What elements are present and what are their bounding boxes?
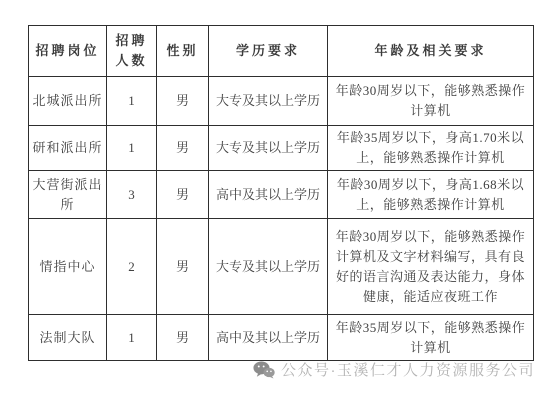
header-position: 招聘岗位 xyxy=(29,26,107,77)
cell-requirements: 年龄35周岁以下，能够熟悉操作计算机 xyxy=(328,315,534,361)
cell-count: 3 xyxy=(107,171,157,219)
cell-gender: 男 xyxy=(157,126,209,171)
header-gender: 性别 xyxy=(157,26,209,77)
cell-position: 大营街派出所 xyxy=(29,171,107,219)
cell-education: 大专及其以上学历 xyxy=(209,126,328,171)
cell-position: 研和派出所 xyxy=(29,126,107,171)
cell-requirements: 年龄35周岁以下，身高1.70米以上，能够熟悉操作计算机 xyxy=(328,126,534,171)
table-header-row: 招聘岗位 招聘人数 性别 学历要求 年龄及相关要求 xyxy=(29,26,534,77)
cell-education: 大专及其以上学历 xyxy=(209,77,328,126)
cell-position: 法制大队 xyxy=(29,315,107,361)
cell-gender: 男 xyxy=(157,315,209,361)
cell-count: 1 xyxy=(107,126,157,171)
cell-count: 1 xyxy=(107,315,157,361)
cell-education: 大专及其以上学历 xyxy=(209,219,328,315)
watermark-text: 公众号·玉溪仁才人力资源服务公司 xyxy=(281,359,535,380)
cell-education: 高中及其以上学历 xyxy=(209,315,328,361)
watermark: 公众号·玉溪仁才人力资源服务公司 xyxy=(253,359,535,380)
recruitment-notice-page: 招聘岗位 招聘人数 性别 学历要求 年龄及相关要求 北城派出所 1 男 大专及其… xyxy=(0,0,559,393)
table-row: 研和派出所 1 男 大专及其以上学历 年龄35周岁以下，身高1.70米以上，能够… xyxy=(29,126,534,171)
cell-education: 高中及其以上学历 xyxy=(209,171,328,219)
cell-position: 北城派出所 xyxy=(29,77,107,126)
table-row: 大营街派出所 3 男 高中及其以上学历 年龄30周岁以下，身高1.68米以上，能… xyxy=(29,171,534,219)
cell-gender: 男 xyxy=(157,219,209,315)
cell-count: 1 xyxy=(107,77,157,126)
header-count: 招聘人数 xyxy=(107,26,157,77)
recruitment-table: 招聘岗位 招聘人数 性别 学历要求 年龄及相关要求 北城派出所 1 男 大专及其… xyxy=(28,25,534,361)
cell-position: 情指中心 xyxy=(29,219,107,315)
cell-gender: 男 xyxy=(157,77,209,126)
cell-count: 2 xyxy=(107,219,157,315)
table-row: 北城派出所 1 男 大专及其以上学历 年龄30周岁以下，能够熟悉操作计算机 xyxy=(29,77,534,126)
wechat-icon xyxy=(253,361,275,379)
table-row: 情指中心 2 男 大专及其以上学历 年龄30周岁以下，能够熟悉操作计算机及文字材… xyxy=(29,219,534,315)
cell-gender: 男 xyxy=(157,171,209,219)
cell-requirements: 年龄30周岁以下，能够熟悉操作计算机及文字材料编写，具有良好的语言沟通及表达能力… xyxy=(328,219,534,315)
cell-requirements: 年龄30周岁以下，能够熟悉操作计算机 xyxy=(328,77,534,126)
cell-requirements: 年龄30周岁以下，身高1.68米以上，能够熟悉操作计算机 xyxy=(328,171,534,219)
header-requirements: 年龄及相关要求 xyxy=(328,26,534,77)
table-row: 法制大队 1 男 高中及其以上学历 年龄35周岁以下，能够熟悉操作计算机 xyxy=(29,315,534,361)
header-education: 学历要求 xyxy=(209,26,328,77)
